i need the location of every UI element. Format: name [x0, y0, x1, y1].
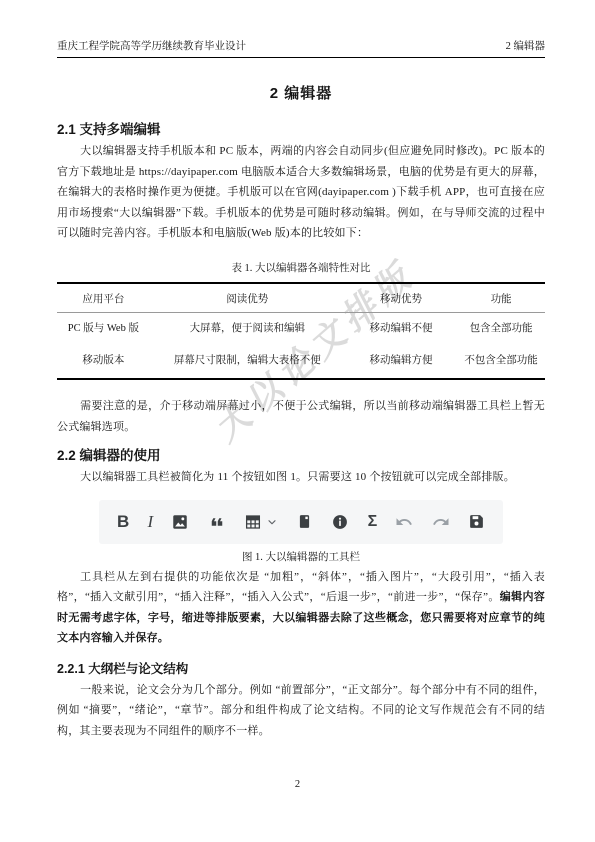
insert-formula-icon: Σ	[368, 514, 378, 530]
table-cell: 包含全部功能	[457, 312, 545, 345]
table-cell: PC 版与 Web 版	[57, 312, 150, 345]
figure-1-caption: 图 1. 大以编辑器的工具栏	[57, 549, 545, 564]
page-header: 重庆工程学院高等学历继续教育毕业设计 2 编辑器	[57, 38, 545, 58]
chapter-title: 2 编辑器	[57, 82, 545, 103]
blockquote-icon	[208, 513, 226, 531]
table-cell: 移动编辑方便	[345, 345, 457, 379]
insert-table-group	[244, 513, 278, 531]
table-row: PC 版与 Web 版 大屏幕，便于阅读和编辑 移动编辑不便 包含全部功能	[57, 312, 545, 345]
section-2-2-1-heading: 2.2.1 大纲栏与论文结构	[57, 659, 545, 677]
section-2-2-heading: 2.2 编辑器的使用	[57, 444, 545, 464]
table-cell: 移动版本	[57, 345, 150, 379]
table-cell: 移动编辑不便	[345, 312, 457, 345]
save-icon	[468, 513, 485, 530]
table-cell: 不包含全部功能	[457, 345, 545, 379]
section-2-2-paragraph: 大以编辑器工具栏被简化为 11 个按钮如图 1。只需要这 10 个按钮就可以完成…	[57, 467, 545, 488]
toolbar-description-paragraph: 工具栏从左到右提供的功能依次是 “加粗”，“斜体”，“插入图片”，“大段引用”，…	[57, 567, 545, 649]
toolbar-description-normal: 工具栏从左到右提供的功能依次是 “加粗”，“斜体”，“插入图片”，“大段引用”，…	[57, 571, 545, 604]
column-header-reading: 阅读优势	[150, 283, 345, 313]
header-left-text: 重庆工程学院高等学历继续教育毕业设计	[57, 38, 246, 53]
redo-icon	[432, 513, 450, 531]
table-cell: 屏幕尺寸限制，编辑大表格不便	[150, 345, 345, 379]
section-2-2-1-paragraph: 一般来说，论文会分为几个部分。例如 “前置部分”，“正文部分”。每个部分中有不同…	[57, 680, 545, 742]
editor-toolbar-figure: B I Σ	[99, 500, 503, 544]
section-2-1-paragraph: 大以编辑器支持手机版本和 PC 版本，两端的内容会自动同步(但应避免同时修改)。…	[57, 141, 545, 244]
document-page: 大以论文排版 重庆工程学院高等学历继续教育毕业设计 2 编辑器 2 编辑器 2.…	[0, 0, 595, 842]
section-2-1-heading: 2.1 支持多端编辑	[57, 118, 545, 138]
table-header-row: 应用平台 阅读优势 移动优势 功能	[57, 283, 545, 313]
table-row: 移动版本 屏幕尺寸限制，编辑大表格不便 移动编辑方便 不包含全部功能	[57, 345, 545, 379]
column-header-platform: 应用平台	[57, 283, 150, 313]
table-1-caption: 表 1. 大以编辑器各端特性对比	[57, 260, 545, 275]
table-chevron-down-icon	[266, 516, 278, 528]
page-number: 2	[0, 779, 595, 790]
insert-table-icon	[244, 513, 262, 531]
column-header-mobility: 移动优势	[345, 283, 457, 313]
italic-icon: I	[148, 513, 154, 530]
header-right-text: 2 编辑器	[506, 38, 545, 53]
insert-citation-icon	[296, 513, 313, 530]
bold-icon: B	[117, 513, 129, 530]
page-content: 重庆工程学院高等学历继续教育毕业设计 2 编辑器 2 编辑器 2.1 支持多端编…	[57, 0, 545, 741]
undo-icon	[395, 513, 413, 531]
insert-image-icon	[171, 513, 189, 531]
table-cell: 大屏幕，便于阅读和编辑	[150, 312, 345, 345]
insert-note-info-icon	[331, 513, 349, 531]
column-header-functions: 功能	[457, 283, 545, 313]
note-paragraph: 需要注意的是，介于移动端屏幕过小，不便于公式编辑，所以当前移动端编辑器工具栏上暂…	[57, 396, 545, 437]
comparison-table: 应用平台 阅读优势 移动优势 功能 PC 版与 Web 版 大屏幕，便于阅读和编…	[57, 282, 545, 381]
